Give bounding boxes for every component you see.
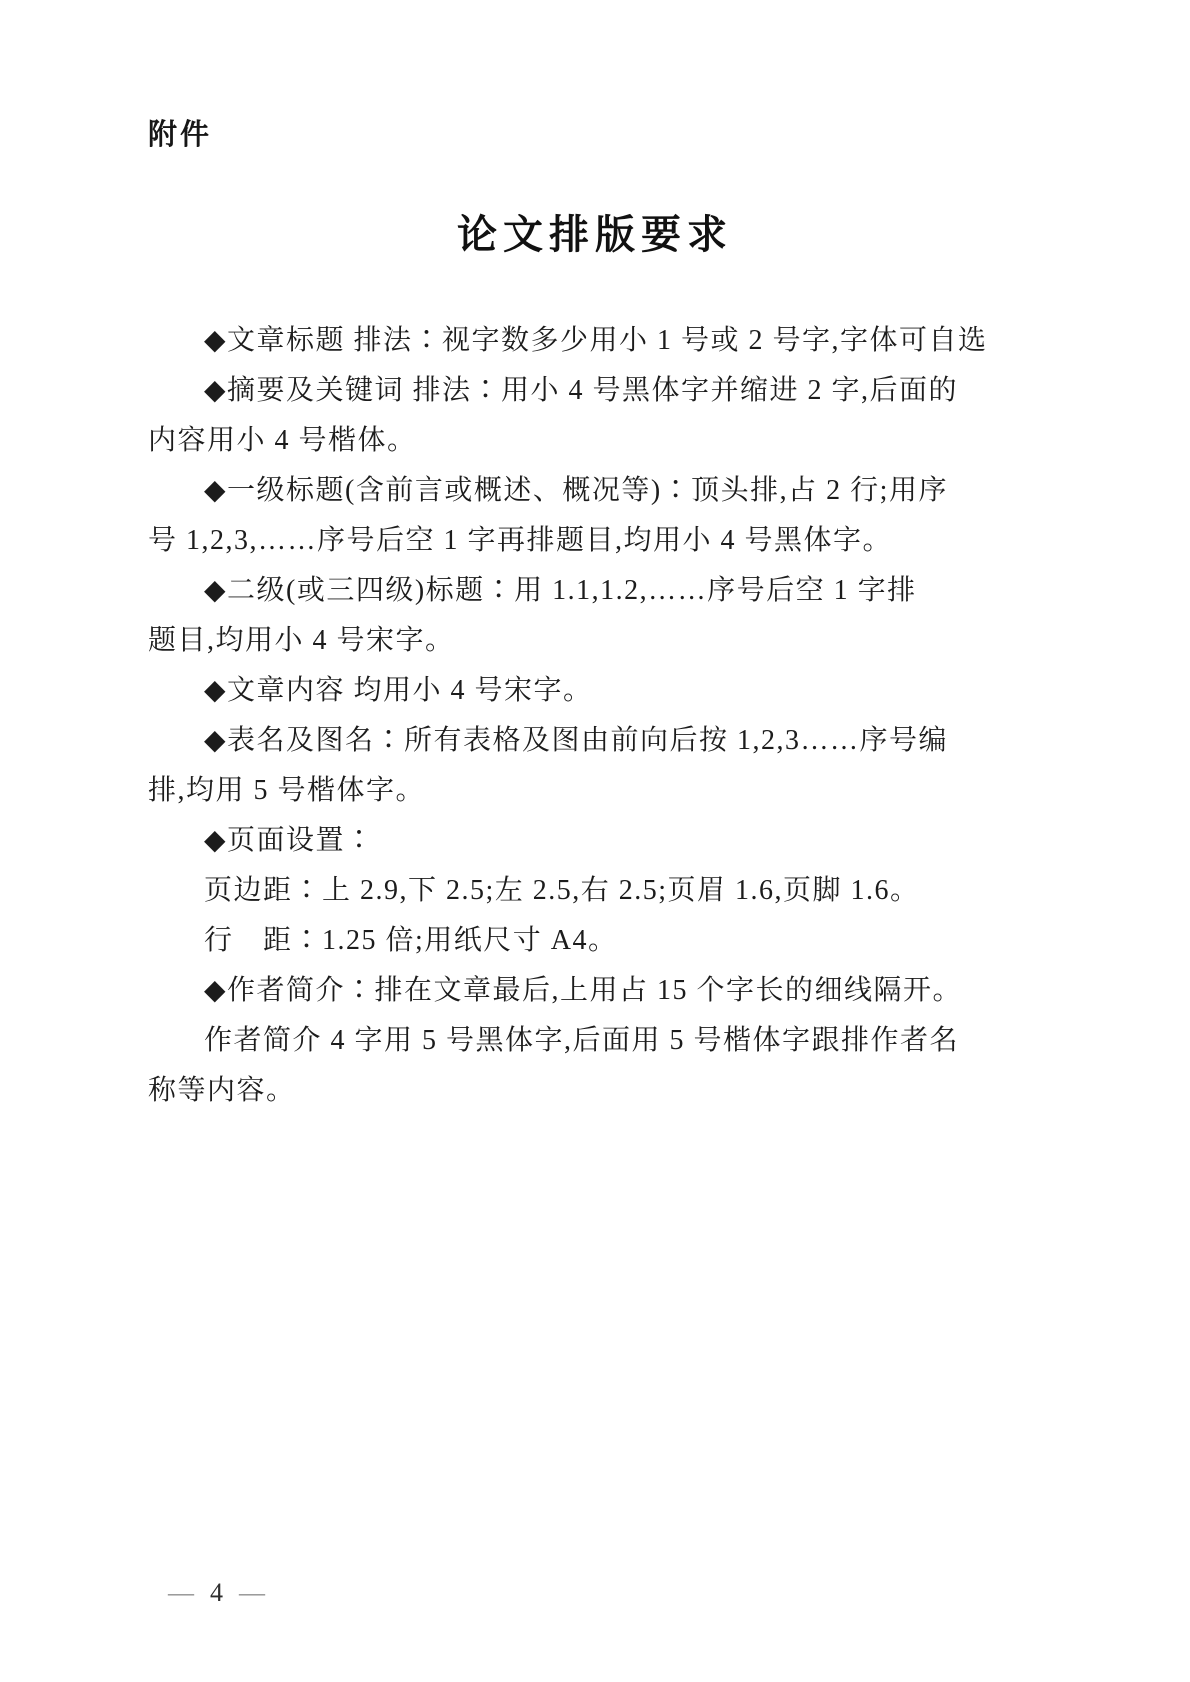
footer-dash-left: — [168,1578,194,1608]
text-line: ◆作者简介∶排在文章最后,上用占 15 个字长的细线隔开。 [148,966,1046,1016]
text-line: 题目,均用小 4 号宋字。 [148,616,1046,666]
text-line: ◆表名及图名∶所有表格及图由前向后按 1,2,3……序号编 [148,716,1046,766]
page-number: 4 [210,1578,223,1608]
page-footer: — 4 — [168,1578,265,1608]
text-line: 作者简介 4 字用 5 号黑体字,后面用 5 号楷体字跟排作者名 [148,1016,1046,1066]
attachment-label: 附件 [148,112,212,153]
text-line: ◆文章标题 排法∶视字数多少用小 1 号或 2 号字,字体可自选 [148,316,1046,366]
text-line: 页边距∶上 2.9,下 2.5;左 2.5,右 2.5;页眉 1.6,页脚 1.… [148,866,1046,916]
text-line: 排,均用 5 号楷体字。 [148,766,1046,816]
page-title: 论文排版要求 [0,203,1190,260]
text-line: 号 1,2,3,……序号后空 1 字再排题目,均用小 4 号黑体字。 [148,516,1046,566]
text-line: 内容用小 4 号楷体。 [148,416,1046,466]
text-line: ◆一级标题(含前言或概述、概况等)∶顶头排,占 2 行;用序 [148,466,1046,516]
footer-dash-right: — [239,1578,265,1608]
text-line: ◆页面设置∶ [148,816,1046,866]
text-line: ◆二级(或三四级)标题∶用 1.1,1.2,……序号后空 1 字排 [148,566,1046,616]
text-line: ◆文章内容 均用小 4 号宋字。 [148,666,1046,716]
text-line: 称等内容。 [148,1066,1046,1116]
body-text: ◆文章标题 排法∶视字数多少用小 1 号或 2 号字,字体可自选◆摘要及关键词 … [148,316,1046,1116]
text-line: ◆摘要及关键词 排法∶用小 4 号黑体字并缩进 2 字,后面的 [148,366,1046,416]
document-page: 附件 论文排版要求 ◆文章标题 排法∶视字数多少用小 1 号或 2 号字,字体可… [0,0,1190,1682]
text-line: 行 距∶1.25 倍;用纸尺寸 A4。 [148,916,1046,966]
